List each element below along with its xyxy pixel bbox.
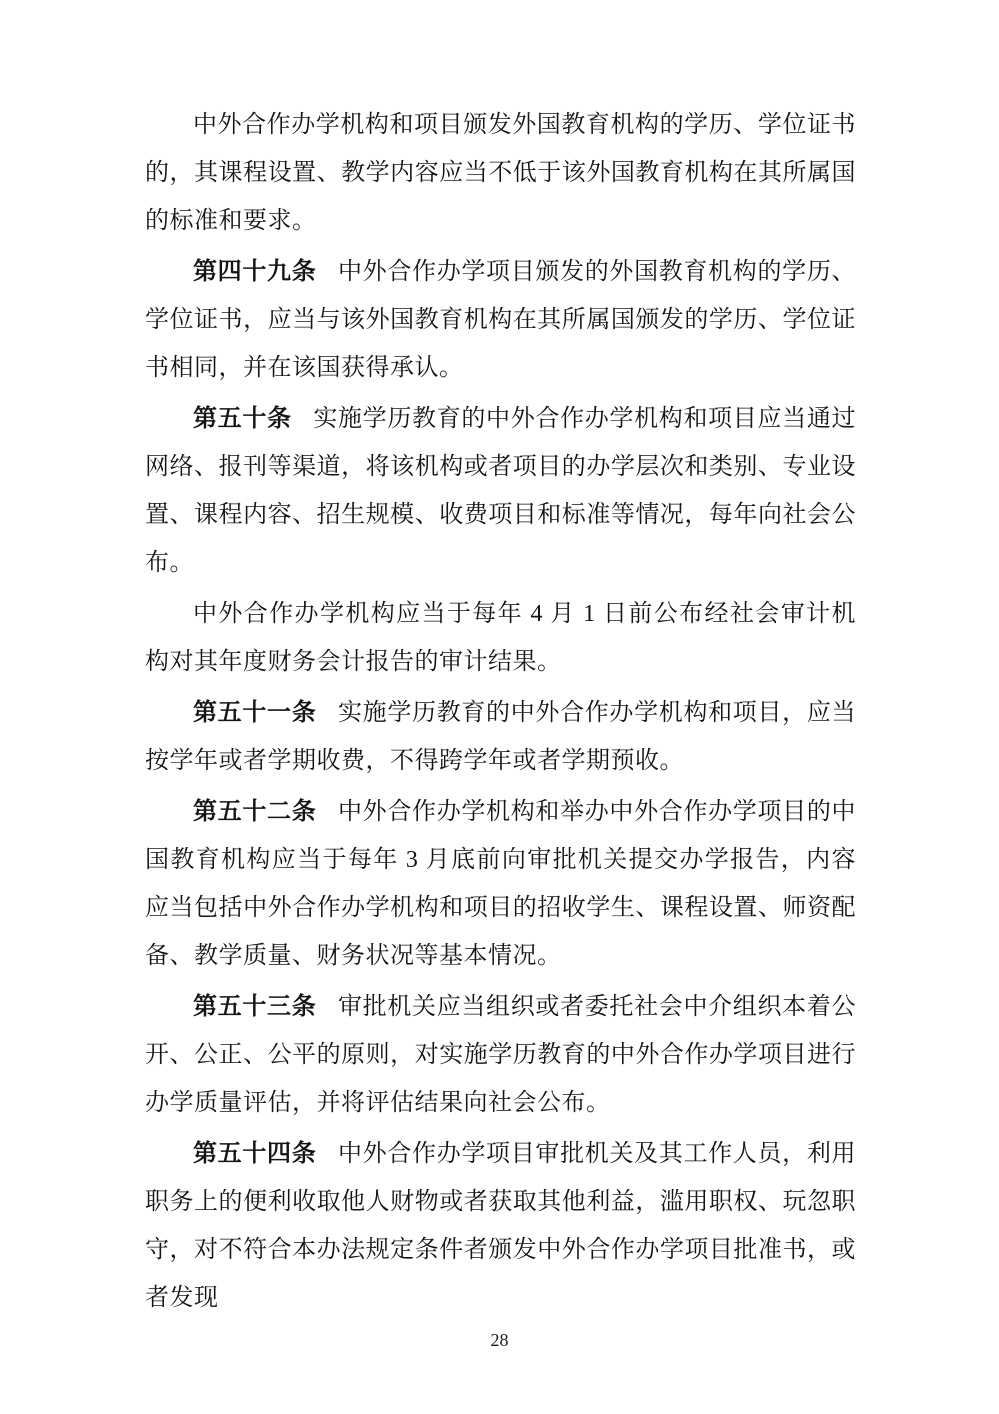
document-page: 中外合作办学机构和项目颁发外国教育机构的学历、学位证书的，其课程设置、教学内容应… [0,0,999,1414]
article-number: 第五十三条 [193,994,316,1020]
article-number: 第四十九条 [193,259,316,285]
paragraph: 中外合作办学机构和项目颁发外国教育机构的学历、学位证书的，其课程设置、教学内容应… [145,101,856,245]
article-number: 第五十一条 [193,700,316,726]
paragraph: 第五十四条中外合作办学项目审批机关及其工作人员，利用职务上的便利收取他人财物或者… [145,1130,856,1322]
paragraph: 第五十三条审批机关应当组织或者委托社会中介组织本着公开、公正、公平的原则，对实施… [145,983,856,1127]
article-number: 第五十条 [193,406,292,432]
paragraph: 第五十条实施学历教育的中外合作办学机构和项目应当通过网络、报刊等渠道，将该机构或… [145,395,856,587]
paragraph: 第五十一条实施学历教育的中外合作办学机构和项目，应当按学年或者学期收费，不得跨学… [145,689,856,785]
paragraph: 第四十九条中外合作办学项目颁发的外国教育机构的学历、学位证书，应当与该外国教育机… [145,248,856,392]
article-number: 第五十二条 [193,799,316,825]
paragraph-text: 中外合作办学机构应当于每年 4 月 1 日前公布经社会审计机构对其年度财务会计报… [145,601,856,675]
document-body: 中外合作办学机构和项目颁发外国教育机构的学历、学位证书的，其课程设置、教学内容应… [145,101,856,1325]
paragraph-text: 中外合作办学机构和项目颁发外国教育机构的学历、学位证书的，其课程设置、教学内容应… [145,112,856,234]
page-number: 28 [0,1328,999,1352]
paragraph: 中外合作办学机构应当于每年 4 月 1 日前公布经社会审计机构对其年度财务会计报… [145,590,856,686]
paragraph: 第五十二条中外合作办学机构和举办中外合作办学项目的中国教育机构应当于每年 3 月… [145,788,856,980]
article-number: 第五十四条 [193,1141,316,1167]
